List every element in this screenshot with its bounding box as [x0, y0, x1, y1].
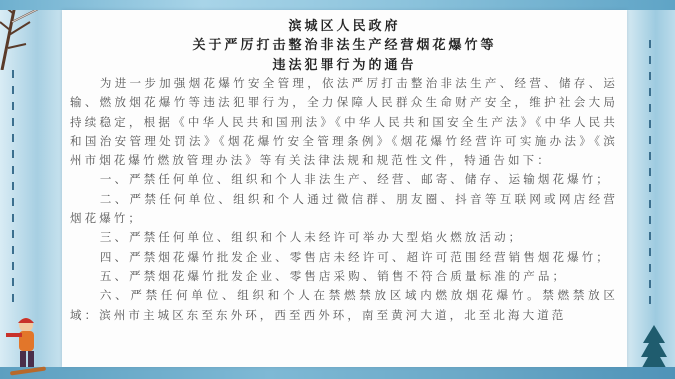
clause-2: 二、严禁任何单位、组织和个人通过微信群、朋友圈、抖音等互联网或网店经营烟花爆竹； [70, 190, 618, 229]
clause-5: 五、严禁烟花爆竹批发企业、零售店采购、销售不符合质量标准的产品； [70, 267, 618, 286]
right-winter-border [627, 0, 675, 379]
clause-6: 六、严禁任何单位、组织和个人在禁燃禁放区域内燃放烟花爆竹。禁燃禁放区域：滨州市主… [70, 286, 618, 325]
clause-4: 四、严禁烟花爆竹批发企业、零售店未经许可、超许可范围经营销售烟花爆竹； [70, 248, 618, 267]
bottom-frame-band [0, 367, 675, 379]
notice-title-line2: 违法犯罪行为的通告 [62, 54, 627, 73]
issuer-title: 滨城区人民政府 [62, 15, 627, 34]
bare-tree-icon [0, 0, 62, 70]
skier-child-icon [4, 315, 48, 379]
intro-paragraph: 为进一步加强烟花爆竹安全管理，依法严厉打击整治非法生产、经营、储存、运输、燃放烟… [70, 74, 618, 170]
notice-title-line1: 关于严厉打击整治非法生产经营烟花爆竹等 [62, 34, 627, 53]
notice-body: 为进一步加强烟花爆竹安全管理，依法严厉打击整治非法生产、经营、储存、运输、燃放烟… [70, 74, 618, 325]
top-frame-band [0, 0, 675, 10]
clause-3: 三、严禁任何单位、组织和个人未经许可举办大型焰火燃放活动； [70, 228, 618, 247]
clause-1: 一、严禁任何单位、组织和个人非法生产、经营、邮寄、储存、运输烟花爆竹； [70, 170, 618, 189]
notice-document: 滨城区人民政府 关于严厉打击整治非法生产经营烟花爆竹等 违法犯罪行为的通告 为进… [62, 10, 627, 367]
